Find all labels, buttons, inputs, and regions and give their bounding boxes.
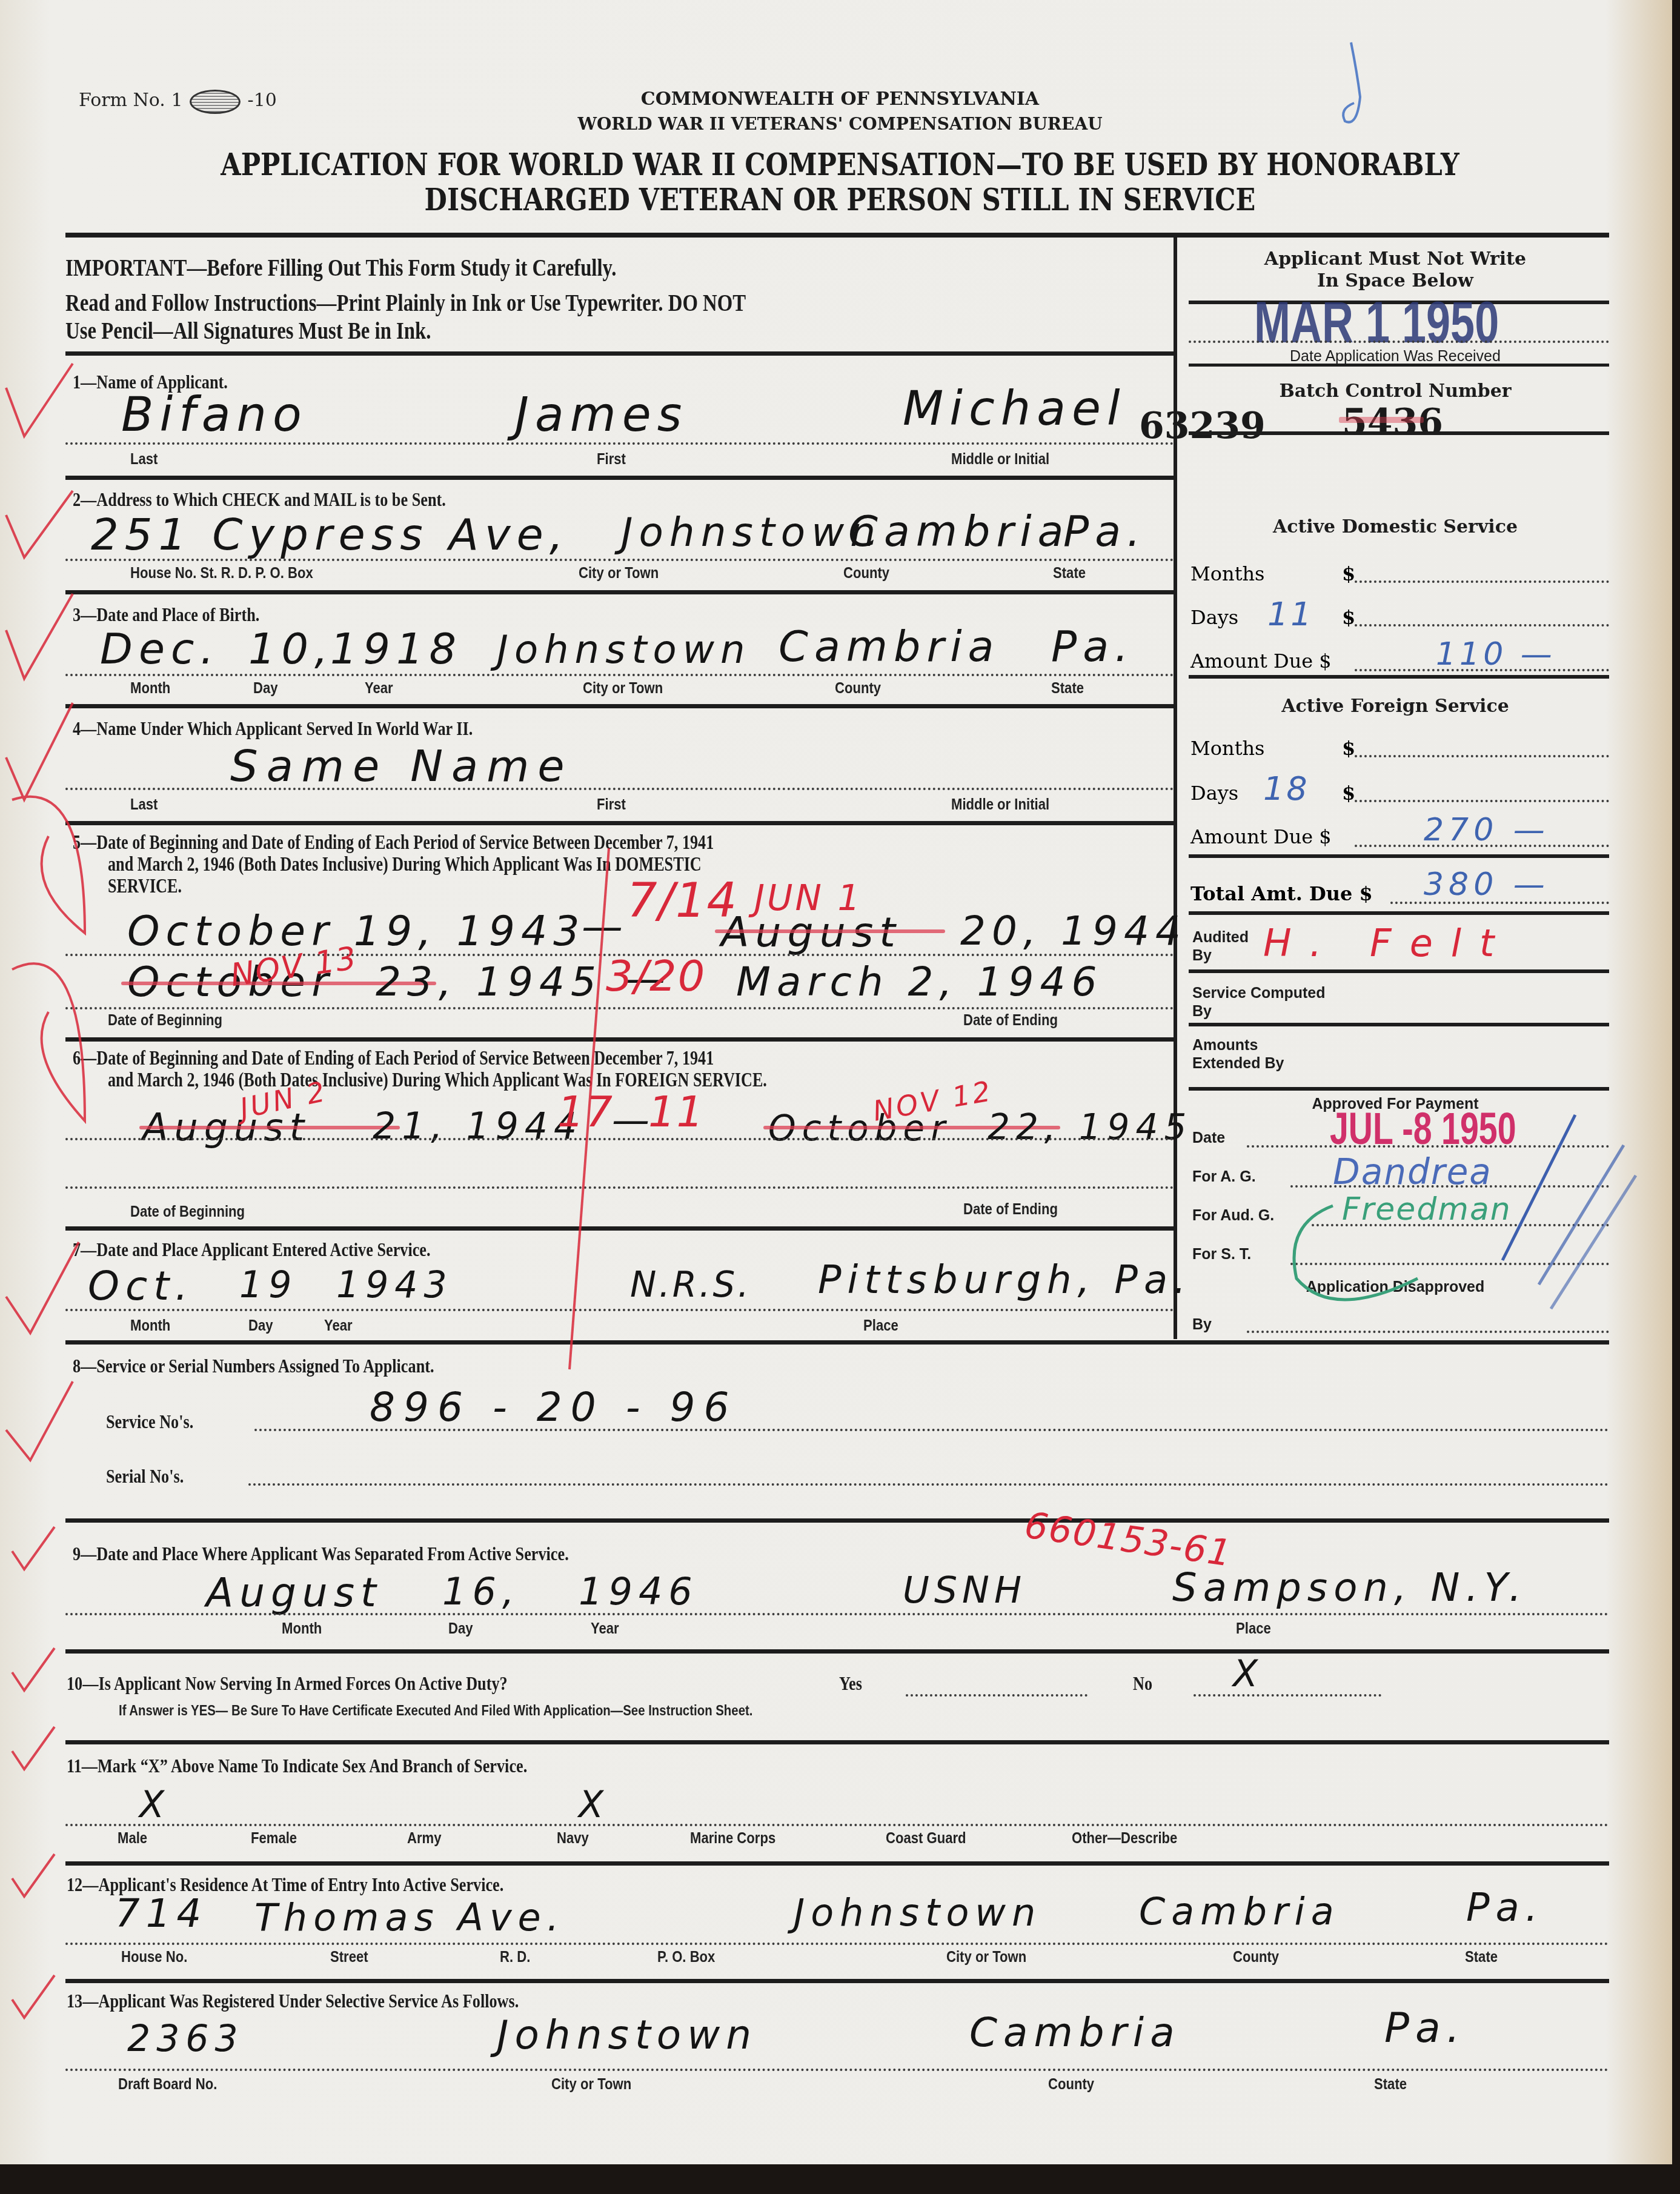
field-label-county: County bbox=[1048, 2075, 1094, 2093]
total-amount-value: 380 — bbox=[1424, 866, 1550, 903]
separation-place-value[interactable]: Sampson, N.Y. bbox=[1172, 1566, 1527, 1611]
blue-pencil-mark-icon bbox=[1333, 36, 1406, 145]
field-line bbox=[1355, 669, 1609, 671]
dollar-sign: $ bbox=[1342, 606, 1355, 629]
field-line bbox=[65, 2069, 1609, 2071]
office-rule bbox=[1189, 1023, 1609, 1026]
yes-answer-line[interactable] bbox=[906, 1694, 1087, 1697]
for-st-label: For S. T. bbox=[1192, 1246, 1251, 1263]
option-label: Coast Guard bbox=[886, 1829, 966, 1847]
middle-name-value[interactable]: Michael bbox=[903, 382, 1126, 436]
field-label-county: County bbox=[1233, 1947, 1279, 1966]
org-line-2: WORLD WAR II VETERANS' COMPENSATION BURE… bbox=[0, 114, 1680, 134]
foreign-heading: Active Foreign Service bbox=[1177, 696, 1613, 717]
office-heading: In Space Below bbox=[1177, 270, 1613, 291]
field-label-state: State bbox=[1051, 679, 1084, 697]
domestic-period-2-end[interactable]: March 2, 1946 bbox=[736, 959, 1103, 1005]
batch-heading: Batch Control Number bbox=[1177, 381, 1613, 402]
correction-note: JUN 1 bbox=[754, 877, 862, 919]
field-line bbox=[1390, 902, 1609, 904]
header-rule bbox=[65, 233, 1609, 238]
separation-station-value[interactable]: USNH bbox=[903, 1569, 1026, 1612]
amounts-extended-by-label: Amounts Extended By bbox=[1192, 1036, 1313, 1072]
foreign-amount-label: Amount Due $ bbox=[1190, 825, 1332, 848]
domestic-amount-label: Amount Due $ bbox=[1190, 650, 1332, 673]
field-label-middle: Middle or Initial bbox=[951, 795, 1049, 814]
strikethrough-mark bbox=[715, 929, 945, 933]
field-line bbox=[1355, 845, 1609, 847]
entry-place-value[interactable]: Pittsburgh, Pa. bbox=[818, 1258, 1192, 1303]
residence-city-value[interactable]: Johnstown bbox=[794, 1890, 1041, 1935]
no-answer-line[interactable] bbox=[1194, 1694, 1381, 1697]
field-label-state: State bbox=[1053, 563, 1086, 582]
field-line bbox=[1189, 341, 1609, 343]
org-line-1: COMMONWEALTH OF PENNSYLVANIA bbox=[0, 88, 1680, 110]
disapproved-by-label: By bbox=[1192, 1316, 1212, 1334]
birth-state-value[interactable]: Pa. bbox=[1051, 622, 1134, 671]
domestic-days-label: Days bbox=[1190, 606, 1238, 629]
instruction-line-1: IMPORTANT—Before Filling Out This Form S… bbox=[65, 253, 616, 282]
foreign-end[interactable]: 22, 1945 bbox=[988, 1106, 1192, 1148]
received-date-label: Date Application Was Received bbox=[1177, 348, 1613, 365]
field-label-end: Date of Ending bbox=[963, 1011, 1058, 1029]
yes-label: Yes bbox=[839, 1672, 862, 1695]
domestic-heading: Active Domestic Service bbox=[1177, 516, 1613, 537]
draft-state-value[interactable]: Pa. bbox=[1384, 2004, 1466, 2052]
received-date-stamp: MAR 1 1950 bbox=[1254, 290, 1499, 356]
annotation-number: 660153-61 bbox=[1022, 1504, 1235, 1575]
foreign-amount-value: 270 — bbox=[1424, 812, 1550, 848]
for-ag-label: For A. G. bbox=[1192, 1168, 1256, 1186]
field-label-state: State bbox=[1465, 1947, 1498, 1966]
office-heading: Applicant Must Not Write bbox=[1177, 248, 1613, 270]
batch-prefix-stamp: 63239 bbox=[1139, 405, 1266, 447]
audited-by-label: Audited By bbox=[1192, 928, 1265, 965]
total-amount-label: Total Amt. Due $ bbox=[1190, 882, 1373, 905]
dollar-sign: $ bbox=[1342, 562, 1355, 585]
no-label: No bbox=[1133, 1672, 1152, 1695]
office-rule bbox=[1189, 364, 1609, 367]
office-rule bbox=[1189, 854, 1609, 858]
field-label-place: Place bbox=[863, 1316, 898, 1335]
service-computed-by-label: Service Computed By bbox=[1192, 984, 1326, 1020]
auditor-signature: H. Felt bbox=[1263, 921, 1512, 965]
signature-flourish-icon bbox=[1260, 1079, 1648, 1357]
field-label-city: City or Town bbox=[946, 1947, 1026, 1966]
foreign-days-value: 18 bbox=[1263, 770, 1310, 808]
foreign-months-amount-line[interactable] bbox=[1355, 755, 1609, 757]
field-label-state: State bbox=[1374, 2075, 1407, 2093]
field-label-county: County bbox=[843, 563, 889, 582]
office-rule bbox=[1189, 969, 1609, 973]
field-label-city: City or Town bbox=[551, 2075, 631, 2093]
no-answer-mark[interactable]: X bbox=[1233, 1653, 1264, 1695]
office-rule bbox=[1189, 431, 1609, 435]
domestic-months-label: Months bbox=[1190, 562, 1265, 585]
county-value[interactable]: Cambria bbox=[848, 507, 1070, 556]
office-rule bbox=[1189, 911, 1609, 915]
dollar-sign: $ bbox=[1342, 782, 1355, 805]
option-label: Other—Describe bbox=[1072, 1829, 1177, 1847]
instruction-line-2: Read and Follow Instructions—Print Plain… bbox=[65, 288, 746, 317]
office-rule bbox=[1189, 675, 1609, 679]
residence-county-value[interactable]: Cambria bbox=[1139, 1889, 1340, 1933]
residence-state-value[interactable]: Pa. bbox=[1466, 1886, 1544, 1930]
domestic-days-amount-line[interactable] bbox=[1355, 624, 1609, 627]
field-label-end: Date of Ending bbox=[963, 1200, 1058, 1218]
form-title-line-1: APPLICATION FOR WORLD WAR II COMPENSATIO… bbox=[118, 147, 1562, 182]
domestic-days-value: 11 bbox=[1267, 595, 1314, 633]
foreign-days-amount-line[interactable] bbox=[1355, 800, 1609, 802]
field-label-county: County bbox=[835, 679, 881, 697]
field-label-draft-board: Draft Board No. bbox=[118, 2075, 217, 2093]
application-form-page: Form No. 1 -10 COMMONWEALTH OF PENNSYLVA… bbox=[0, 0, 1672, 2164]
field-label-middle: Middle or Initial bbox=[951, 450, 1049, 468]
option-label: Marine Corps bbox=[690, 1829, 775, 1847]
domestic-period-1-end[interactable]: 20, 1944 bbox=[960, 908, 1187, 954]
domestic-months-amount-line[interactable] bbox=[1355, 580, 1609, 583]
draft-county-value[interactable]: Cambria bbox=[969, 2009, 1181, 2056]
field-label-place: Place bbox=[1236, 1619, 1271, 1638]
strikethrough-mark bbox=[1339, 417, 1424, 423]
dollar-sign: $ bbox=[1342, 737, 1355, 760]
red-pencil-check-marks-icon bbox=[0, 339, 666, 2036]
domestic-amount-value: 110 — bbox=[1436, 636, 1556, 673]
birth-county-value[interactable]: Cambria bbox=[779, 622, 1000, 671]
state-value[interactable]: Pa. bbox=[1063, 507, 1146, 556]
form-title-line-2: DISCHARGED VETERAN OR PERSON STILL IN SE… bbox=[118, 182, 1562, 218]
approval-date-label: Date bbox=[1192, 1129, 1225, 1147]
foreign-days-label: Days bbox=[1190, 782, 1238, 805]
foreign-months-label: Months bbox=[1190, 737, 1265, 760]
